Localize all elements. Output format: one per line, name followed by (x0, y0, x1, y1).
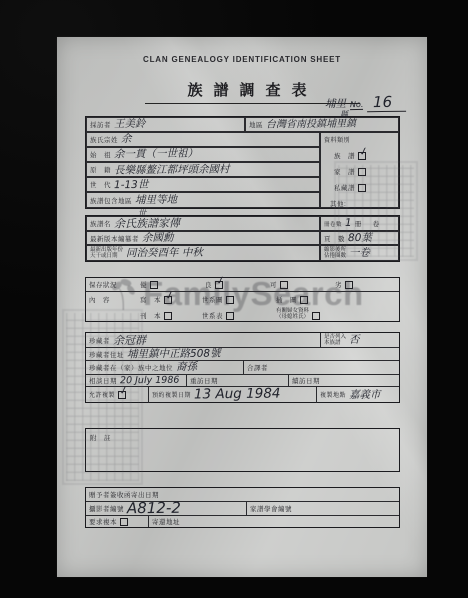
dates-row: 相談日期 20 July 1986 重訪日期 續訪日期 (86, 374, 399, 387)
listed-cell: 是否列入 本族譜 否 (320, 333, 399, 347)
interview-date-value: 20 July 1986 (120, 375, 179, 385)
checkbox: ✓ (164, 296, 172, 304)
genealogy-form-sheet: CLAN GENEALOGY IDENTIFICATION SHEET 族譜調查… (57, 37, 427, 577)
covered-area-row: 族譜包含地區 埔里等地 (86, 192, 320, 207)
title-label: 族譜名 (90, 219, 111, 228)
volumes-label: 冊卷數 (324, 220, 342, 228)
other-blank-line (349, 201, 387, 208)
condition-option-excellent: 優 (140, 280, 202, 289)
holder-address-label: 珍藏者住址 (89, 350, 124, 359)
catalog-number: 埔里 No. 16 (325, 95, 407, 112)
copy-row: 允許複製 ✓ 預約複製日期 13 Aug 1984 複製地點 嘉義市 (86, 386, 399, 403)
catalog-area: 埔里 (325, 99, 346, 110)
genealogy-book-table: 族譜名 余氏族譜家傳 世 冊卷數 1 冊 卷 最新版本編纂者 余國勳 頁 數 8… (85, 215, 400, 262)
interviewer-row: 採訪者 王美鈴 (86, 117, 245, 132)
holder-address-row: 珍藏者住址 埔里鎮中正路508號 (86, 347, 399, 360)
followup-date-label: 續訪日期 (292, 376, 320, 385)
checkbox (226, 296, 234, 304)
catalog-no-label: No. (350, 101, 364, 110)
archive-numbers-table: 贈予者簽收函寄出日期 攝影者編號 A812-2 家譜學會編號 要求複本 (85, 487, 400, 528)
microfilm-label: 縮影後所 佔捲圈數 (324, 247, 346, 259)
category-option-private: 私藏譜 (334, 183, 366, 192)
listed-value: 否 (349, 335, 360, 346)
content-option-manuscript: 寫 本 ✓ (140, 295, 202, 304)
microfilm-row: 縮影後所 佔捲圈數 一卷 (320, 245, 399, 261)
photographer-number-row: 攝影者編號 A812-2 家譜學會編號 (86, 501, 399, 515)
content-label: 內 容 (89, 295, 137, 304)
volumes-unit1: 冊 (355, 219, 362, 228)
holder-position-value: 裔孫 (176, 362, 197, 373)
category-box: 資料類別 族 譜 ✓ 家 譜 私藏譜 其他: (320, 132, 399, 207)
origin-row: 原 籍 長樂縣鳌江都坪頭余國村 (86, 162, 320, 177)
copy-request-cell: 要求複本 (86, 516, 148, 527)
english-title: CLAN GENEALOGY IDENTIFICATION SHEET (57, 55, 427, 64)
checkbox (226, 312, 234, 320)
volumes-unit2: 卷 (373, 219, 380, 228)
first-ancestor-label: 始 祖 (90, 150, 111, 159)
copy-place-value: 嘉義市 (349, 389, 381, 400)
copy-request-label: 要求複本 (89, 517, 117, 526)
surname-value: 余 (121, 134, 132, 145)
category-option-other: 其他: (330, 199, 387, 208)
copy-permission-label: 允許複製 (89, 390, 115, 399)
published-value: 同治癸酉年 中秋 (126, 247, 203, 258)
content-option-illustrations: 插 圖 (276, 295, 308, 304)
title-value: 余氏族譜家傳 (114, 218, 180, 230)
title-row: 族譜名 余氏族譜家傳 世 (86, 216, 320, 231)
microfilm-value: 一卷 (349, 247, 370, 258)
checkbox (150, 281, 158, 289)
region-label: 地區 (249, 120, 263, 129)
interview-date-label: 相談日期 (89, 376, 117, 385)
checkbox (345, 281, 353, 289)
copy-place-label: 複製地點 (320, 390, 346, 399)
holder-table: 珍藏者 余冠群 是否列入 本族譜 否 珍藏者住址 埔里鎮中正路508號 (85, 332, 400, 403)
title-insert-char: 世 (138, 210, 146, 218)
holder-row: 珍藏者 余冠群 是否列入 本族譜 否 (86, 333, 399, 347)
compiler-label: 最新版本編纂者 (90, 234, 139, 243)
holder-position-label: 珍藏者在（家）族中之地位 (89, 363, 173, 372)
condition-option-poor: 劣 (335, 280, 353, 289)
content-row: 內 容 寫 本 ✓ 世系圖 插 圖 (86, 291, 399, 321)
checkbox (358, 168, 366, 176)
revisit-date-label: 重訪日期 (190, 376, 218, 385)
volumes-row: 冊卷數 1 冊 卷 (320, 216, 399, 231)
copy-date-cell: 預約複製日期 13 Aug 1984 (148, 387, 316, 403)
first-ancestor-row: 始 祖 余一貫（一世祖） (86, 147, 320, 162)
compiler-row: 最新版本編纂者 余國勳 (86, 231, 320, 245)
origin-value: 長樂縣鳌江都坪頭余國村 (114, 164, 230, 176)
pages-label: 頁 數 (324, 234, 345, 243)
checkbox (280, 281, 288, 289)
content-option-pedigree-table: 世系表 (202, 308, 276, 320)
published-row: 最新出版年份 天干或日期 同治癸酉年 中秋 (86, 245, 320, 261)
photographer-number-label: 攝影者編號 (89, 504, 124, 513)
category-label: 資料類別 (324, 135, 350, 144)
content-option-printed: 刊 本 (140, 308, 202, 320)
catalog-no-value: 16 (367, 95, 406, 112)
photographer-number-value: A812-2 (127, 501, 181, 517)
condition-option-good: 良 ✓ (205, 280, 267, 289)
category-option-clan: 族 譜 ✓ (334, 151, 366, 160)
condition-label: 保存狀況 (89, 280, 137, 289)
co-translator-label: 合譯者 (247, 363, 268, 372)
checkbox (300, 296, 308, 304)
category-option-family: 家 譜 (334, 167, 366, 176)
listed-label: 是否列入 本族譜 (324, 334, 346, 346)
pages-row: 頁 數 80葉 (320, 231, 399, 245)
checkbox (312, 312, 320, 320)
covered-area-label: 族譜包含地區 (90, 196, 132, 205)
checkbox (358, 184, 366, 192)
generations-row: 世 代 1-13世 (86, 177, 320, 192)
condition-content-table: 保存狀況 優 良 ✓ 可 劣 (85, 277, 400, 322)
content-option-women-data: 有關婦女資料 （母媳姓氏） (276, 308, 320, 320)
copy-request-row: 要求複本 寄還地址 (86, 515, 399, 527)
region-value: 台灣省南投鎮埔里鎮 (266, 119, 356, 130)
first-ancestor-value: 余一貫（一世祖） (114, 149, 198, 160)
published-label: 最新出版年份 天干或日期 (90, 247, 123, 259)
generations-label: 世 代 (90, 180, 111, 189)
holder-value: 余冠群 (113, 334, 146, 345)
checkbox (164, 312, 172, 320)
checkbox (120, 518, 128, 526)
notes-label: 附 註 (90, 433, 111, 442)
content-options-line1: 寫 本 ✓ 世系圖 插 圖 (140, 295, 396, 304)
interviewer-label: 採訪者 (90, 120, 111, 129)
checkbox: ✓ (118, 391, 126, 399)
copy-permission-cell: 允許複製 ✓ (86, 387, 148, 403)
checkbox: ✓ (358, 152, 366, 160)
identification-table: 採訪者 王美鈴 地區 台灣省南投鎮埔里鎮 縣 族氏宗姓 余 始 祖 余一貫（一世… (85, 116, 400, 209)
condition-row: 保存狀況 優 良 ✓ 可 劣 (86, 278, 399, 291)
volumes-value: 1 (345, 218, 352, 229)
copy-place-cell: 複製地點 嘉義市 (316, 387, 399, 403)
pages-value: 80葉 (348, 233, 372, 244)
content-options-line2: 刊 本 世系表 有關婦女資料 （母媳姓氏） (140, 308, 396, 320)
surname-row: 族氏宗姓 余 (86, 132, 320, 147)
origin-label: 原 籍 (90, 165, 111, 174)
content-option-pedigree-chart: 世系圖 (202, 295, 276, 304)
region-row: 地區 台灣省南投鎮埔里鎮 縣 (245, 117, 399, 132)
interviewer-value: 王美鈴 (114, 119, 146, 130)
compiler-value: 余國勳 (142, 233, 174, 244)
checkbox: ✓ (215, 281, 223, 289)
condition-option-fair: 可 (270, 280, 332, 289)
society-number-label: 家譜學會編號 (250, 504, 292, 513)
donor-receipt-label: 贈予者簽收函寄出日期 (89, 490, 159, 499)
scanned-microfilm-frame: CLAN GENEALOGY IDENTIFICATION SHEET 族譜調查… (0, 0, 468, 598)
surname-label: 族氏宗姓 (90, 135, 118, 144)
notes-box: 附 註 (85, 428, 400, 472)
copy-date-value: 13 Aug 1984 (194, 388, 281, 402)
holder-label: 珍藏者 (89, 336, 110, 345)
holder-position-row: 珍藏者在（家）族中之地位 裔孫 合譯者 (86, 360, 399, 374)
covered-area-value: 埔里等地 (135, 195, 177, 206)
return-address-label: 寄還地址 (152, 517, 180, 526)
region-insert-char: 縣 (340, 111, 348, 119)
copy-date-label: 預約複製日期 (152, 390, 191, 399)
generations-value: 1-13世 (114, 179, 148, 190)
holder-address-value: 埔里鎮中正路508號 (127, 348, 221, 359)
